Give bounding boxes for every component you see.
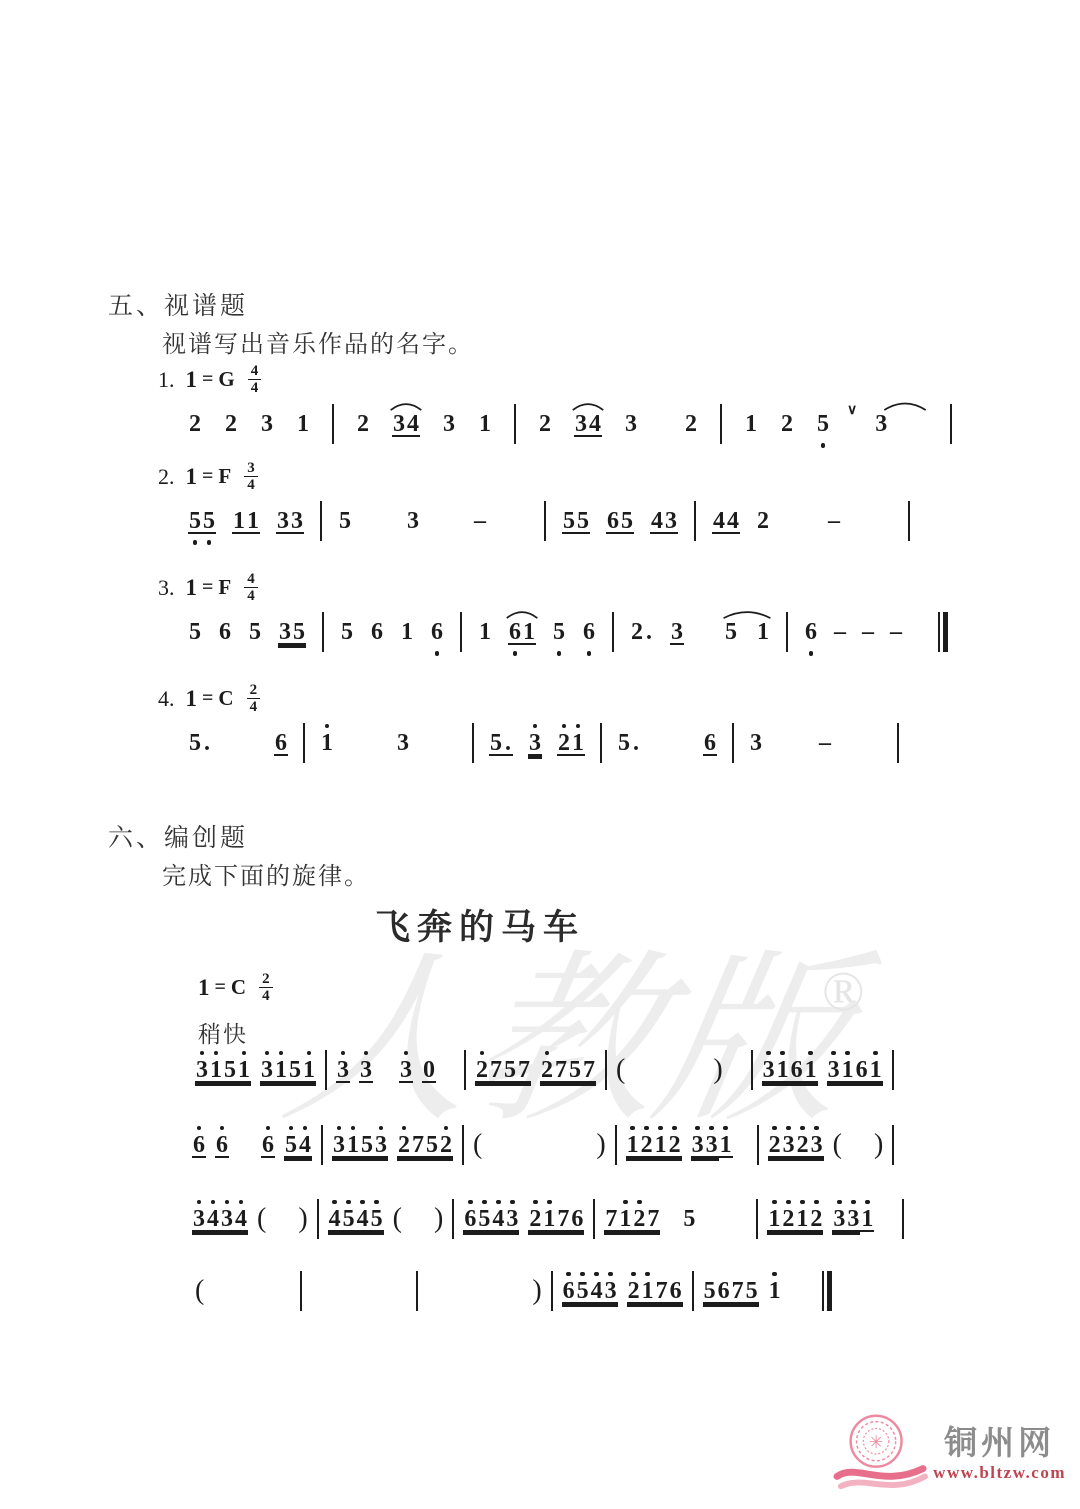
note-group: 2752 [397, 1121, 453, 1171]
fill-in-parenthesis: ) [532, 1277, 541, 1305]
octave-dot-above [672, 1126, 677, 1131]
note-group: 2323 [768, 1121, 824, 1171]
fill-in-parenthesis: ) [596, 1131, 605, 1159]
barline [692, 1271, 694, 1311]
octave-dot-below [193, 540, 198, 545]
time-signature: 44 [244, 572, 258, 603]
note-group: 1 [400, 608, 414, 658]
octave-dot-below [587, 651, 592, 656]
note-group: 5 [816, 400, 830, 450]
spacer [846, 719, 882, 720]
exercise3-key-signature: 3.1=F44 [158, 572, 258, 603]
note-group: 43 [650, 497, 678, 547]
barline [950, 404, 952, 444]
note-group: 2 [538, 400, 552, 450]
breath-mark-icon: ∨ [847, 402, 857, 416]
octave-dot-above [594, 1272, 599, 1277]
octave-dot-above [510, 1200, 515, 1205]
octave-dot-above [197, 1200, 202, 1205]
spacer [411, 1195, 425, 1196]
barline [732, 723, 734, 763]
section6-subtitle: 完成下面的旋律。 [162, 856, 370, 891]
spacer [502, 497, 528, 498]
barline [897, 723, 899, 763]
slur-arc [505, 608, 539, 619]
worksheet-page: 人教版 ® 五、视谱题 视谱写出音乐作品的名字。 1.1=G44 2231234… [0, 0, 1080, 1509]
note-group: 5 [188, 608, 202, 658]
octave-dot-above [837, 1200, 842, 1205]
barline [615, 1125, 617, 1165]
barline [514, 404, 516, 444]
spacer [349, 719, 381, 720]
spacer [778, 719, 804, 720]
octave-dot-above [637, 1200, 642, 1205]
barline [694, 501, 696, 541]
spacer [213, 1267, 291, 1268]
note-group: 3 [359, 1046, 373, 1096]
note-group: 2 [356, 400, 370, 450]
octave-dot-above [332, 1200, 337, 1205]
note-group: 2 [684, 400, 698, 450]
barline [317, 1199, 319, 1239]
note-group: 5. [188, 719, 212, 769]
octave-dot-above [780, 1051, 785, 1056]
equals-sign: = [202, 368, 213, 391]
barline [612, 612, 614, 652]
fill-in-parenthesis: ( [393, 1205, 402, 1233]
note-group: 55 [188, 497, 216, 547]
note-group: 4545 [328, 1195, 384, 1245]
octave-dot-above [533, 724, 538, 729]
key-tonic: C [218, 686, 233, 711]
octave-dot-above [266, 1126, 271, 1131]
octave-dot-above [873, 1051, 878, 1056]
octave-dot-above [845, 1051, 850, 1056]
octave-dot-above [808, 1051, 813, 1056]
octave-dot-below [207, 540, 212, 545]
barline [321, 1125, 323, 1165]
barline [303, 723, 305, 763]
final-barline [938, 612, 948, 652]
note-group: 2 [780, 400, 794, 450]
time-signature-denominator: 4 [244, 477, 258, 492]
spacer [425, 719, 457, 720]
octave-dot-above [364, 1051, 369, 1056]
exercise-number: 3. [158, 575, 175, 601]
note-group: 5 [248, 608, 262, 658]
note-group: 5 [340, 608, 354, 658]
note-group: 3 [406, 497, 420, 547]
octave-dot-above [545, 1051, 550, 1056]
octave-dot-above [337, 1126, 342, 1131]
site-logo: ✳ 铜州网 www.bltzw.com [831, 1406, 1066, 1501]
octave-dot-above [351, 1126, 356, 1131]
section5-heading: 五、视谱题 [108, 286, 248, 322]
key-note: 1 [186, 464, 198, 490]
note-group: 6 [261, 1121, 275, 1171]
note-group: 3434 [192, 1195, 248, 1245]
barline [605, 1050, 607, 1090]
publisher-watermark: 人教版 [274, 950, 862, 1135]
note-group: 2757 [475, 1046, 531, 1096]
octave-dot-above [404, 1051, 409, 1056]
song-notation-line-4: ()6543217656751 [195, 1267, 832, 1317]
barline [600, 723, 602, 763]
note-group: 5 [682, 1195, 696, 1245]
octave-dot-above [658, 1126, 663, 1131]
octave-dot-above [630, 1126, 635, 1131]
song-tempo-marking: 稍快 [198, 1016, 248, 1049]
spacer [660, 400, 662, 401]
octave-dot-below [809, 651, 814, 656]
note-group: 6 [804, 608, 818, 658]
octave-dot-above [723, 1126, 728, 1131]
note-group: 3151 [260, 1046, 316, 1096]
equals-sign: = [202, 465, 213, 488]
note-group: 3153 [332, 1121, 388, 1171]
octave-dot-above [444, 1126, 449, 1131]
duration-dash: – [819, 730, 831, 756]
note-group: 1 [744, 400, 758, 450]
slur-arc [571, 400, 605, 411]
time-signature: 34 [244, 461, 258, 492]
note-group: 6 [370, 608, 384, 658]
note-group: 5. [489, 719, 513, 769]
key-note: 1 [186, 367, 198, 393]
barline [452, 1199, 454, 1239]
note-group: 0 [422, 1046, 436, 1096]
octave-dot-above [289, 1126, 294, 1131]
spacer [634, 1046, 704, 1047]
octave-dot-above [346, 1200, 351, 1205]
octave-dot-above [709, 1126, 714, 1131]
octave-dot-above [772, 1272, 777, 1277]
exercise-number: 2. [158, 464, 175, 490]
time-signature-denominator: 4 [259, 988, 273, 1003]
octave-dot-above [566, 1272, 571, 1277]
octave-dot-below [557, 651, 562, 656]
barline [902, 1199, 904, 1239]
site-url: www.bltzw.com [933, 1463, 1066, 1483]
octave-dot-below [513, 651, 518, 656]
octave-dot-above [402, 1126, 407, 1131]
note-group: 6 [274, 719, 288, 769]
octave-dot-above [496, 1200, 501, 1205]
key-note: 1 [198, 975, 210, 1001]
note-group: 6 [703, 719, 717, 769]
note-group: 3 [528, 719, 542, 769]
exercise4-notation-line: 5.6135.3215.63– [188, 719, 899, 769]
barline [751, 1050, 753, 1090]
octave-dot-above [814, 1126, 819, 1131]
octave-dot-above [786, 1200, 791, 1205]
octave-dot-above [325, 724, 330, 729]
octave-dot-above [211, 1200, 216, 1205]
spacer [227, 719, 259, 720]
spacer [669, 1195, 673, 1196]
note-group: 1 [768, 1267, 782, 1317]
note-group: 33 [276, 497, 304, 547]
time-signature-numerator: 3 [244, 461, 258, 477]
octave-dot-below [821, 443, 826, 448]
key-tonic: F [218, 464, 231, 489]
key-tonic: F [218, 575, 231, 600]
octave-dot-above [645, 1272, 650, 1277]
time-signature-numerator: 2 [247, 683, 261, 699]
octave-dot-above [242, 1051, 247, 1056]
barline [786, 612, 788, 652]
note-group: 3 [396, 719, 410, 769]
note-group: 2 [756, 497, 770, 547]
barline [332, 404, 334, 444]
time-signature: 24 [259, 972, 273, 1003]
time-signature: 24 [247, 683, 261, 714]
octave-dot-above [766, 1051, 771, 1056]
octave-dot-above [772, 1200, 777, 1205]
note-group: 3 [670, 608, 684, 658]
barline [720, 404, 722, 444]
svg-text:✳: ✳ [869, 1432, 884, 1452]
barline [551, 1271, 553, 1311]
octave-dot-above [580, 1272, 585, 1277]
note-group: 1 [320, 719, 334, 769]
song-notation-line-1: 31513151333027572757()31613161 [195, 1046, 894, 1096]
octave-dot-above [341, 1051, 346, 1056]
octave-dot-above [786, 1126, 791, 1131]
octave-dot-above [608, 1272, 613, 1277]
octave-dot-above [562, 724, 567, 729]
time-signature-numerator: 4 [244, 572, 258, 588]
octave-dot-below [435, 651, 440, 656]
section5-subtitle: 视谱写出音乐作品的名字。 [162, 324, 474, 359]
spacer [382, 1046, 390, 1047]
octave-dot-above [631, 1272, 636, 1277]
note-group: 6543 [463, 1195, 519, 1245]
barline [892, 1125, 894, 1165]
octave-dot-above [644, 1126, 649, 1131]
spacer [238, 1121, 252, 1122]
exercise2-notation-line: 55113353–556543442– [188, 497, 910, 547]
note-group: 51 [724, 608, 770, 658]
spacer [705, 1195, 747, 1196]
octave-dot-above [303, 1126, 308, 1131]
octave-dot-above [468, 1200, 473, 1205]
note-group: 6 [192, 1121, 206, 1171]
section6-heading: 六、编创题 [108, 818, 248, 854]
spacer [856, 497, 892, 498]
octave-dot-above [360, 1200, 365, 1205]
time-signature-denominator: 4 [247, 699, 261, 714]
barline [416, 1271, 418, 1311]
exercise3-notation-line: 565355616161562.3516––– [188, 608, 948, 658]
note-group: 1212 [767, 1195, 823, 1245]
octave-dot-above [695, 1126, 700, 1131]
octave-dot-above [814, 1200, 819, 1205]
note-group: 3 [749, 719, 763, 769]
barline [322, 612, 324, 652]
equals-sign: = [215, 976, 226, 999]
final-barline [822, 1271, 832, 1311]
barline [908, 501, 910, 541]
spacer [436, 497, 458, 498]
spacer [918, 608, 922, 609]
key-tonic: G [218, 367, 234, 392]
barline [464, 1050, 466, 1090]
note-group: 34 [392, 400, 420, 450]
slur-arc [721, 608, 773, 619]
exercise1-notation-line: 22312343123432125∨3 [188, 400, 952, 450]
note-group: 2. [630, 608, 654, 658]
fill-in-parenthesis: ) [298, 1205, 307, 1233]
fill-in-parenthesis: ( [257, 1205, 266, 1233]
duration-dash: – [834, 619, 846, 645]
octave-dot-above [307, 1051, 312, 1056]
barline [593, 1199, 595, 1239]
note-group: 1 [478, 608, 492, 658]
slur-arc [389, 400, 423, 411]
time-signature-denominator: 4 [244, 588, 258, 603]
time-signature-numerator: 4 [248, 364, 262, 380]
equals-sign: = [202, 576, 213, 599]
note-group: 2 [224, 400, 238, 450]
barline [462, 1125, 464, 1165]
note-group: 2757 [540, 1046, 596, 1096]
octave-dot-above [200, 1051, 205, 1056]
note-group: 35 [278, 608, 306, 658]
fill-in-parenthesis: ( [195, 1277, 204, 1305]
spacer [656, 719, 688, 720]
note-group: 331 [832, 1195, 874, 1245]
registered-trademark-icon: ® [822, 960, 865, 1024]
note-group: 3 [874, 400, 888, 450]
time-signature-denominator: 4 [248, 380, 262, 395]
spacer [791, 1267, 813, 1268]
note-group: 3161 [827, 1046, 883, 1096]
exercise-number: 1. [158, 367, 175, 393]
spacer [427, 1267, 523, 1268]
barline [472, 723, 474, 763]
note-group: 2176 [528, 1195, 584, 1245]
fill-in-parenthesis: ) [874, 1131, 883, 1159]
note-group: 331 [691, 1121, 733, 1171]
octave-dot-above [374, 1200, 379, 1205]
spacer [491, 1121, 587, 1122]
fill-in-parenthesis: ( [833, 1131, 842, 1159]
exercise4-key-signature: 4.1=C24 [158, 683, 260, 714]
octave-dot-above [851, 1200, 856, 1205]
note-group: 3 [442, 400, 456, 450]
note-group: 65 [606, 497, 634, 547]
medallion-waves-icon: ✳ [831, 1406, 929, 1501]
tie-arc [882, 399, 928, 411]
octave-dot-above [533, 1200, 538, 1205]
equals-sign: = [202, 687, 213, 710]
exercise-number: 4. [158, 686, 175, 712]
barline [544, 501, 546, 541]
barline [756, 1199, 758, 1239]
note-group: 44 [712, 497, 740, 547]
fill-in-parenthesis: ) [434, 1205, 443, 1233]
time-signature-numerator: 2 [259, 972, 273, 988]
key-tonic: C [231, 975, 246, 1000]
octave-dot-above [214, 1051, 219, 1056]
exercise2-key-signature: 2.1=F34 [158, 461, 258, 492]
note-group: 54 [284, 1121, 312, 1171]
note-group: 11 [232, 497, 260, 547]
note-group: 3151 [195, 1046, 251, 1096]
spacer [700, 608, 708, 609]
note-group: 3 [399, 1046, 413, 1096]
note-group: 7127 [604, 1195, 660, 1245]
note-group: 5 [552, 608, 566, 658]
spacer [445, 1046, 455, 1047]
barline [325, 1050, 327, 1090]
note-group: 2 [188, 400, 202, 450]
octave-dot-above [197, 1126, 202, 1131]
note-group: 5 [338, 497, 352, 547]
barline [320, 501, 322, 541]
spacer [786, 497, 812, 498]
note-group: 1 [478, 400, 492, 450]
fill-in-parenthesis: ( [616, 1056, 625, 1084]
note-group: 61 [508, 608, 536, 658]
song-notation-line-2: 6665431532752()12123312323() [192, 1121, 894, 1171]
note-group: 6 [430, 608, 444, 658]
spacer [368, 497, 390, 498]
note-group: 3 [260, 400, 274, 450]
note-group: 21 [557, 719, 585, 769]
key-note: 1 [186, 575, 198, 601]
note-group: 34 [574, 400, 602, 450]
octave-dot-above [265, 1051, 270, 1056]
octave-dot-above [225, 1200, 230, 1205]
duration-dash: – [890, 619, 902, 645]
note-group: 1212 [626, 1121, 682, 1171]
octave-dot-above [576, 724, 581, 729]
spacer [311, 1267, 407, 1268]
note-group: 6 [215, 1121, 229, 1171]
barline [892, 1050, 894, 1090]
octave-dot-above [831, 1051, 836, 1056]
octave-dot-above [772, 1126, 777, 1131]
duration-dash: – [828, 508, 840, 534]
barline [757, 1125, 759, 1165]
spacer [732, 1046, 742, 1047]
octave-dot-above [800, 1200, 805, 1205]
spacer [742, 1121, 748, 1122]
note-group: 3 [624, 400, 638, 450]
octave-dot-above [279, 1051, 284, 1056]
note-group: 1 [296, 400, 310, 450]
octave-dot-above [480, 1051, 485, 1056]
note-group: 3161 [762, 1046, 818, 1096]
note-group: 3 [336, 1046, 350, 1096]
note-group: 55 [562, 497, 590, 547]
octave-dot-above [379, 1126, 384, 1131]
note-group: 5. [617, 719, 641, 769]
note-group: 6 [582, 608, 596, 658]
spacer [883, 1195, 893, 1196]
spacer [851, 1121, 865, 1122]
note-group: 6 [218, 608, 232, 658]
song-notation-line-3: 3434()4545()65432176712751212331 [192, 1195, 904, 1245]
fill-in-parenthesis: ( [473, 1131, 482, 1159]
octave-dot-above [239, 1200, 244, 1205]
octave-dot-above [482, 1200, 487, 1205]
octave-dot-above [800, 1126, 805, 1131]
song-title: 飞奔的马车 [140, 900, 820, 950]
octave-dot-above [623, 1200, 628, 1205]
